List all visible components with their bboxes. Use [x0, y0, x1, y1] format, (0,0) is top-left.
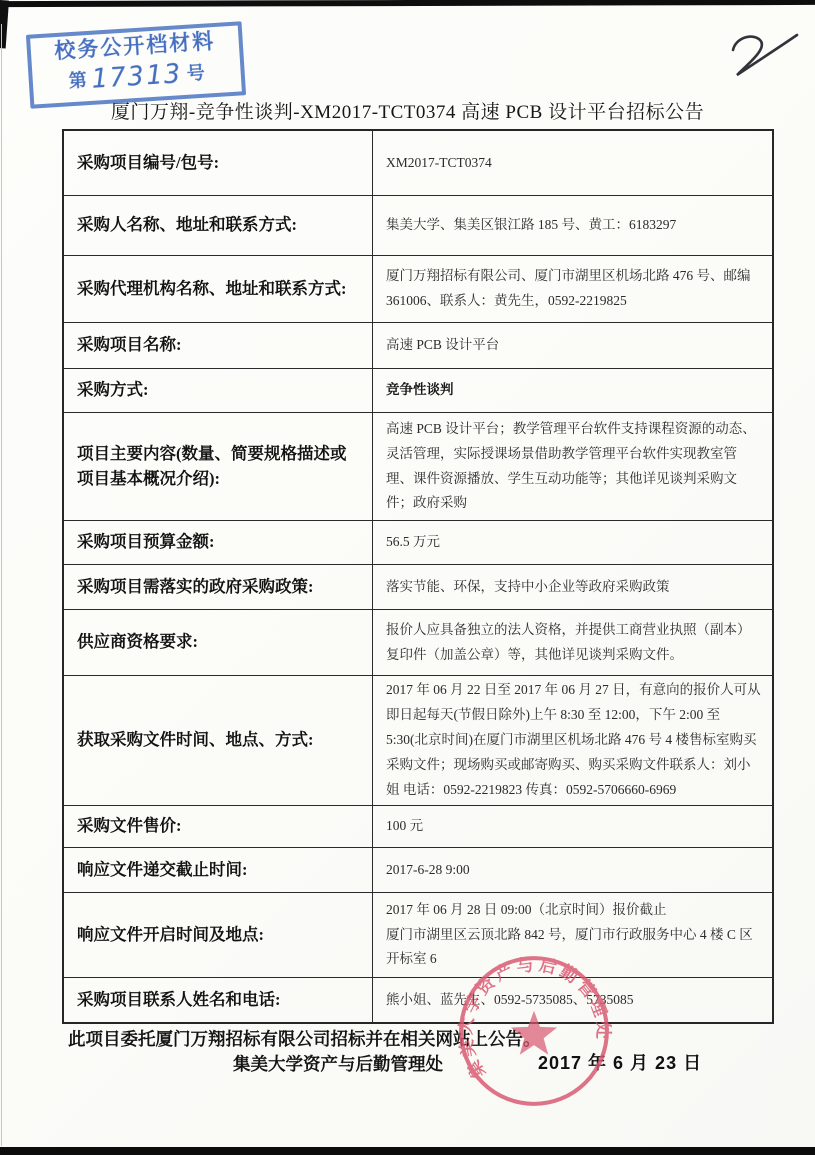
- handwritten-page-number-2: [715, 28, 815, 88]
- row-value: 2017 年 06 月 22 日至 2017 年 06 月 27 日，有意向的报…: [373, 676, 772, 805]
- row-label: 项目主要内容(数量、简要规格描述或项目基本概况介绍):: [64, 413, 373, 520]
- row-value: 高速 PCB 设计平台: [373, 323, 772, 368]
- row-label: 采购项目编号/包号:: [64, 131, 373, 195]
- row-label: 获取采购文件时间、地点、方式:: [64, 676, 373, 805]
- scan-edge-left: [1, 24, 2, 1146]
- table-row: 响应文件递交截止时间:2017-6-28 9:00: [64, 847, 772, 892]
- row-value: 报价人应具备独立的法人资格，并提供工商营业执照（副本）复印件（加盖公章）等，其他…: [373, 610, 772, 675]
- table-row: 采购项目编号/包号:XM2017-TCT0374: [64, 131, 772, 195]
- row-value: 高速 PCB 设计平台；教学管理平台软件支持课程资源的动态、灵活管理，实际授课场…: [373, 413, 772, 520]
- scanned-document-page: 校务公开档材料 第 17313 号 厦门万翔-竞争性谈判-XM2017-TCT0…: [0, 0, 815, 1155]
- document-title: 厦门万翔-竞争性谈判-XM2017-TCT0374 高速 PCB 设计平台招标公…: [0, 97, 815, 124]
- row-label: 供应商资格要求:: [64, 610, 373, 675]
- row-label: 采购方式:: [64, 369, 373, 412]
- table-row: 项目主要内容(数量、简要规格描述或项目基本概况介绍):高速 PCB 设计平台；教…: [64, 412, 772, 520]
- row-value: 56.5 万元: [373, 521, 772, 564]
- stamp-number-prefix: 第: [68, 70, 87, 91]
- row-label: 响应文件递交截止时间:: [64, 848, 373, 892]
- row-value: 集美大学、集美区银江路 185 号、黄工：6183297: [373, 196, 772, 255]
- row-value: XM2017-TCT0374: [373, 131, 772, 195]
- table-row: 采购方式:竞争性谈判: [64, 368, 772, 412]
- row-label: 响应文件开启时间及地点:: [64, 893, 373, 977]
- table-row: 采购文件售价:100 元: [64, 805, 772, 847]
- scan-edge-bottom: [0, 1147, 815, 1155]
- table-row: 供应商资格要求:报价人应具备独立的法人资格，并提供工商营业执照（副本）复印件（加…: [64, 609, 772, 675]
- table-row: 采购项目预算金额:56.5 万元: [64, 520, 772, 564]
- table-row: 采购项目需落实的政府采购政策:落实节能、环保，支持中小企业等政府采购政策: [64, 564, 772, 609]
- table-row: 采购项目名称:高速 PCB 设计平台: [64, 322, 772, 368]
- row-label: 采购项目需落实的政府采购政策:: [64, 565, 373, 609]
- row-label: 采购人名称、地址和联系方式:: [64, 196, 373, 255]
- row-label: 采购项目预算金额:: [64, 521, 373, 564]
- table-row: 采购代理机构名称、地址和联系方式:厦门万翔招标有限公司、厦门市湖里区机场北路 4…: [64, 255, 772, 322]
- footer-organization: 集美大学资产与后勤管理处: [233, 1051, 443, 1076]
- row-label: 采购项目联系人姓名和电话:: [64, 978, 373, 1022]
- table-row: 响应文件开启时间及地点:2017 年 06 月 28 日 09:00（北京时间）…: [64, 892, 772, 977]
- table-row: 采购人名称、地址和联系方式:集美大学、集美区银江路 185 号、黄工：61832…: [64, 195, 772, 255]
- seal-star-icon: [511, 1011, 557, 1055]
- row-value: 竞争性谈判: [373, 369, 772, 412]
- stamp-number-value: 17313: [90, 58, 183, 95]
- table-row: 获取采购文件时间、地点、方式:2017 年 06 月 22 日至 2017 年 …: [64, 675, 772, 805]
- row-label: 采购代理机构名称、地址和联系方式:: [64, 256, 373, 322]
- row-label: 采购文件售价:: [64, 806, 373, 847]
- row-value: 厦门万翔招标有限公司、厦门市湖里区机场北路 476 号、邮编 361006、联系…: [373, 256, 772, 322]
- table-row: 采购项目联系人姓名和电话:熊小姐、蓝先生、0592-5735085、573508…: [64, 977, 772, 1022]
- row-value: 落实节能、环保，支持中小企业等政府采购政策: [373, 565, 772, 609]
- stamp-number-suffix: 号: [186, 63, 205, 84]
- red-official-seal: 集美大学资产与后勤管理处: [453, 950, 615, 1112]
- blue-registry-stamp: 校务公开档材料 第 17313 号: [26, 21, 246, 108]
- row-label: 采购项目名称:: [64, 323, 373, 368]
- scan-edge-top: [0, 0, 815, 7]
- row-value: 2017-6-28 9:00: [373, 848, 772, 892]
- row-value: 100 元: [373, 806, 772, 847]
- doc-table: 采购项目编号/包号:XM2017-TCT0374采购人名称、地址和联系方式:集美…: [62, 129, 774, 1024]
